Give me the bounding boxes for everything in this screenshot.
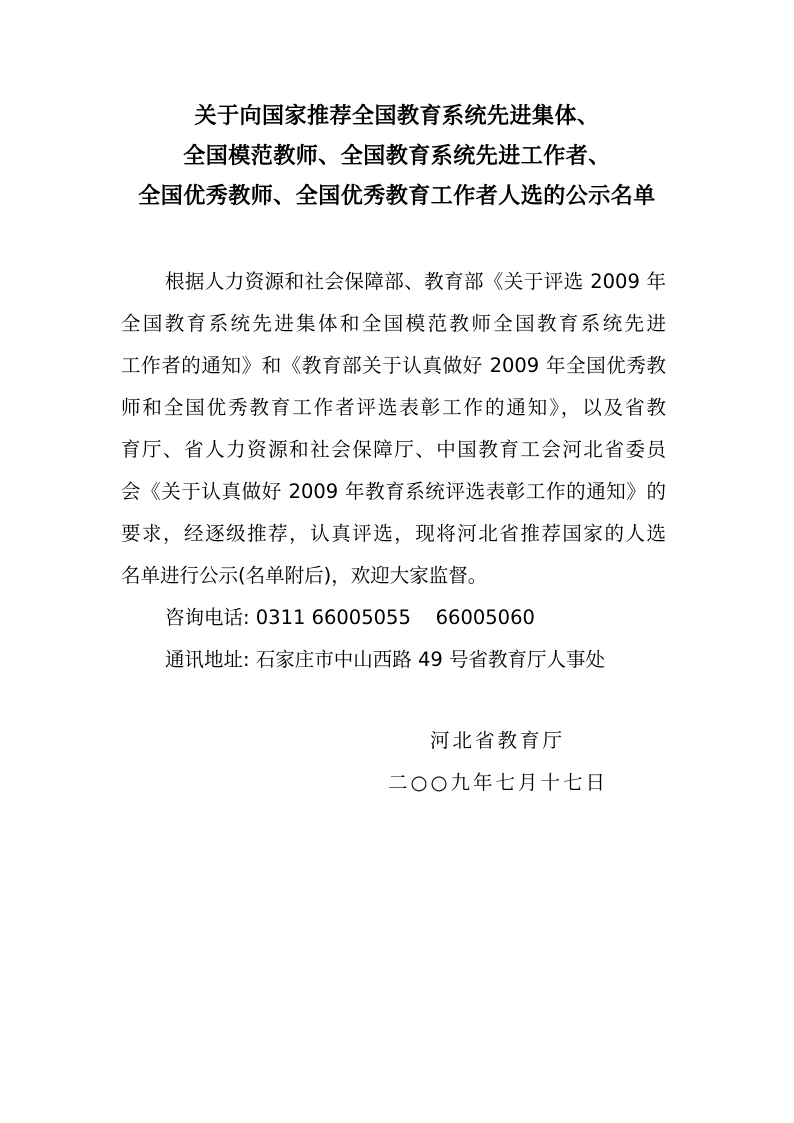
document-page: 关于向国家推荐全国教育系统先进集体、 全国模范教师、全国教育系统先进工作者、 全…: [0, 0, 794, 1123]
signature-organization: 河北省教育厅: [430, 729, 565, 753]
body-line-7: 要求，经逐级推荐，认真评选，现将河北省推荐国家的人选: [121, 522, 666, 546]
body-line-6: 会《关于认真做好 2009 年教育系统评选表彰工作的通知》的: [121, 480, 666, 504]
contact-address: 通讯地址: 石家庄市中山西路 49 号省教育厅人事处: [165, 648, 666, 672]
body-line-2: 全国教育系统先进集体和全国模范教师全国教育系统先进: [121, 312, 666, 336]
body-line-1: 根据人力资源和社会保障部、教育部《关于评选 2009 年: [165, 270, 666, 294]
document-title: 关于向国家推荐全国教育系统先进集体、 全国模范教师、全国教育系统先进工作者、 全…: [0, 97, 794, 217]
body-line-3: 工作者的通知》和《教育部关于认真做好 2009 年全国优秀教: [121, 354, 666, 378]
body-line-8: 名单进行公示(名单附后)，欢迎大家监督。: [121, 564, 666, 588]
body-line-4: 师和全国优秀教育工作者评选表彰工作的通知》，以及省教: [121, 396, 666, 420]
title-line-1: 关于向国家推荐全国教育系统先进集体、: [0, 97, 794, 137]
contact-phone: 咨询电话: 0311 66005055 66005060: [165, 606, 666, 630]
signature-date: 二○○九年七月十七日: [388, 771, 608, 795]
title-line-2: 全国模范教师、全国教育系统先进工作者、: [0, 137, 794, 177]
title-line-3: 全国优秀教师、全国优秀教育工作者人选的公示名单: [0, 177, 794, 217]
body-line-5: 育厅、省人力资源和社会保障厅、中国教育工会河北省委员: [121, 438, 666, 462]
